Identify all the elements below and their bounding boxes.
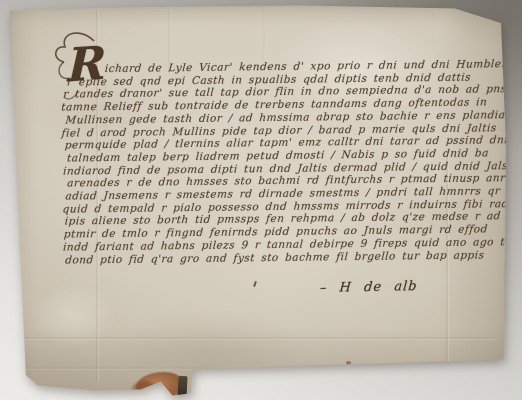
bottom-stain-dark xyxy=(132,381,156,399)
fold-crease-top-mid xyxy=(263,5,266,63)
rust-speck xyxy=(346,361,351,365)
parchment-shadow-wrap: R ichard de Lyle Vicar' kendens d' xpo p… xyxy=(0,0,522,400)
signature: – H de alb xyxy=(319,280,418,295)
manuscript-text-block: ichard de Lyle Vicar' kendens d' xpo pri… xyxy=(61,58,479,266)
fold-crease-bottom-left-band xyxy=(18,367,218,370)
parchment: R ichard de Lyle Vicar' kendens d' xpo p… xyxy=(8,5,507,398)
edge-notch xyxy=(177,376,187,399)
manuscript-photo: R ichard de Lyle Vicar' kendens d' xpo p… xyxy=(0,0,522,400)
fold-crease-bottom xyxy=(18,337,497,340)
pen-flourish-mark xyxy=(253,281,257,287)
